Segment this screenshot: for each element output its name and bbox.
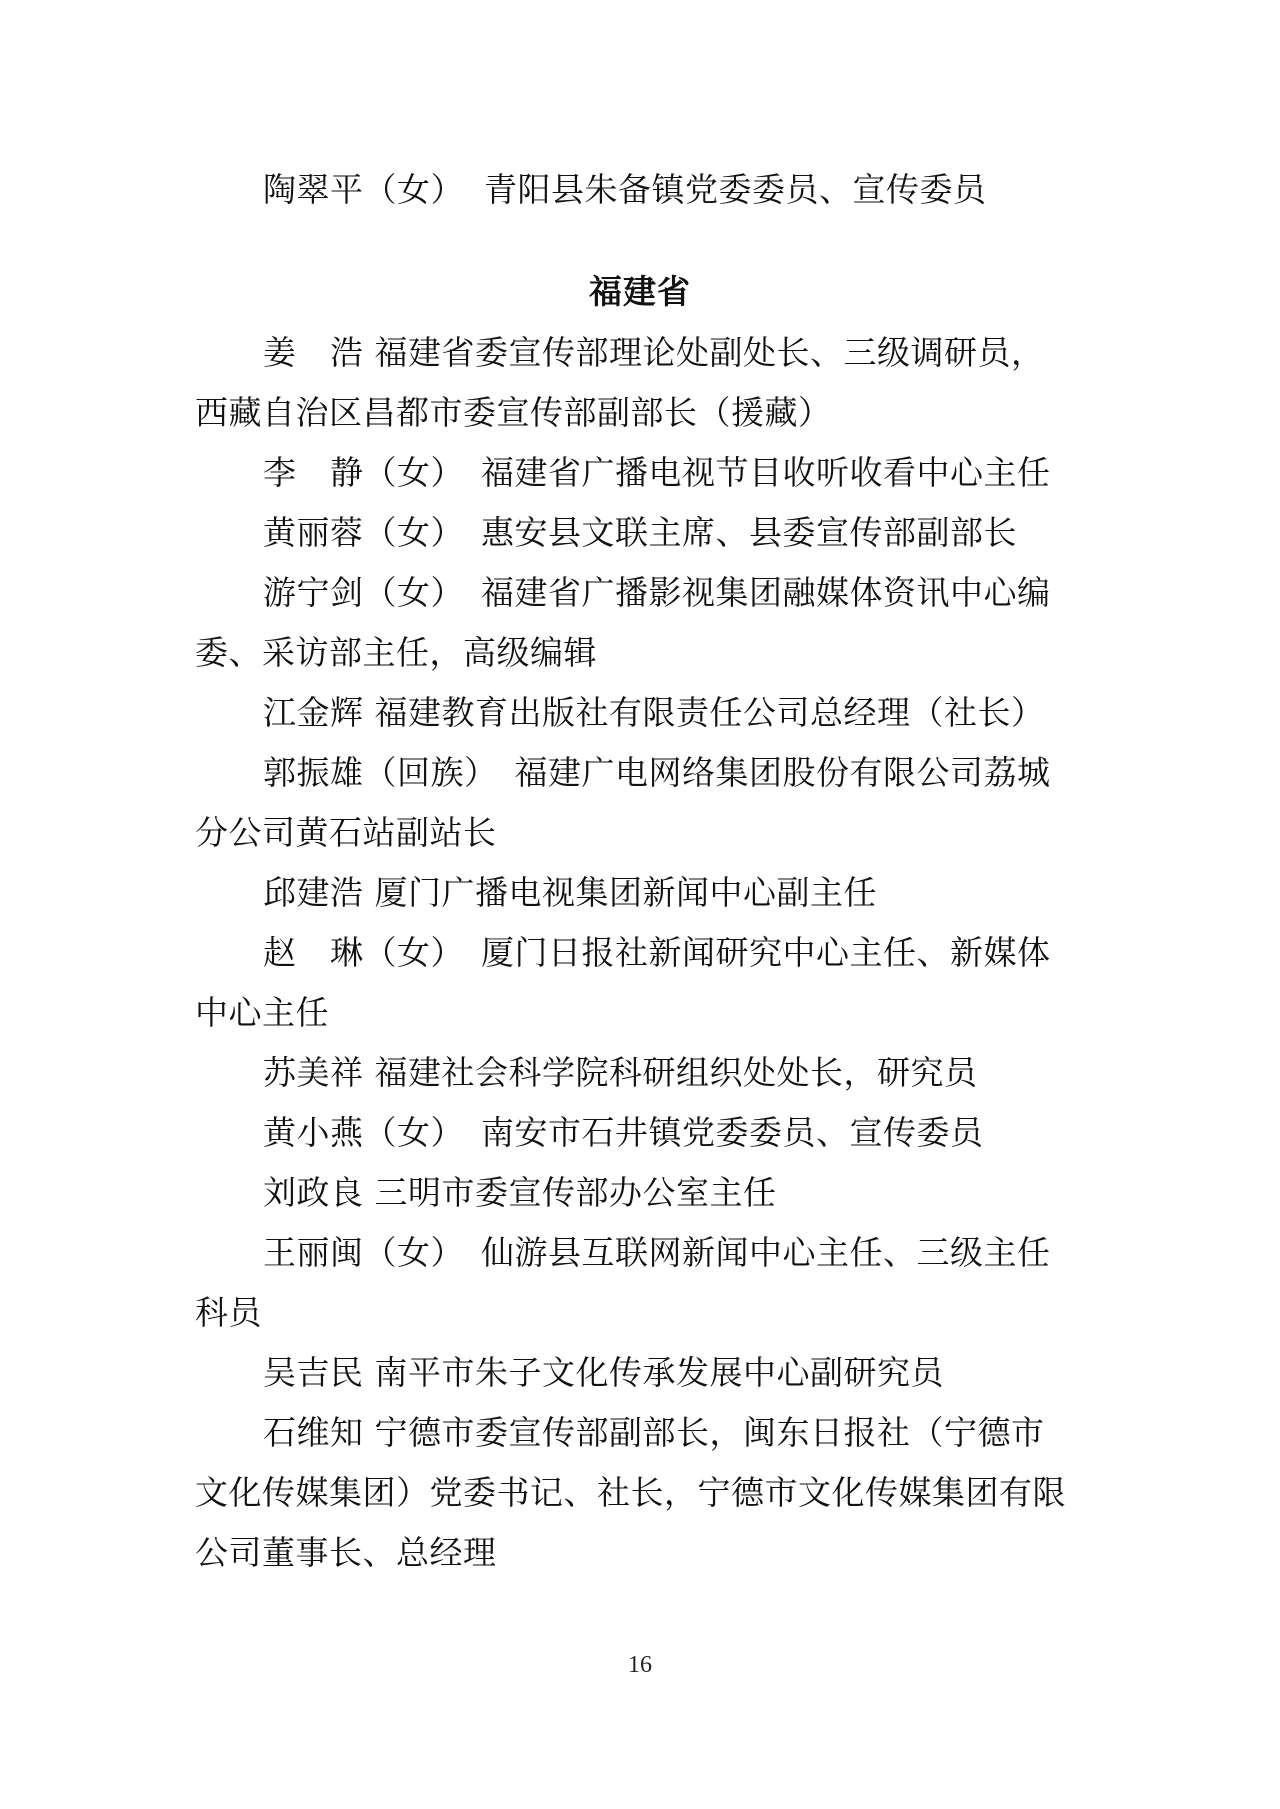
list-line: 黄小燕（女） 南安市石井镇党委委员、宣传委员 (195, 1103, 1095, 1163)
document-page: 陶翠平（女）青阳县朱备镇党委委员、宣传委员 福建省 姜 浩 福建省委宣传部理论处… (0, 0, 1280, 1809)
list-line-continuation: 委、采访部主任，高级编辑 (195, 623, 1095, 683)
list-line: 黄丽蓉（女） 惠安县文联主席、县委宣传部副部长 (195, 503, 1095, 563)
list-line-continuation: 科员 (195, 1283, 1095, 1343)
list-line: 赵 琳（女） 厦门日报社新闻研究中心主任、新媒体 (195, 923, 1095, 983)
list-line: 石维知 宁德市委宣传部副部长，闽东日报社（宁德市 (195, 1403, 1095, 1463)
person-name: 陶翠平（女） (263, 170, 464, 209)
list-line-continuation: 西藏自治区昌都市委宣传部副部长（援藏） (195, 383, 1095, 443)
list-item: 陶翠平（女）青阳县朱备镇党委委员、宣传委员 (195, 160, 1095, 220)
list-line: 刘政良 三明市委宣传部办公室主任 (195, 1163, 1095, 1223)
list-line-continuation: 公司董事长、总经理 (195, 1523, 1095, 1583)
list-line: 游宁剑（女） 福建省广播影视集团融媒体资讯中心编 (195, 563, 1095, 623)
list-line: 吴吉民 南平市朱子文化传承发展中心副研究员 (195, 1343, 1095, 1403)
list-line: 苏美祥 福建社会科学院科研组织处处长，研究员 (195, 1043, 1095, 1103)
list-line-continuation: 文化传媒集团）党委书记、社长，宁德市文化传媒集团有限 (195, 1463, 1095, 1523)
list-line: 王丽闽（女） 仙游县互联网新闻中心主任、三级主任 (195, 1223, 1095, 1283)
section-heading: 福建省 (0, 262, 1280, 322)
person-title: 青阳县朱备镇党委委员、宣传委员 (484, 170, 987, 209)
previous-section: 陶翠平（女）青阳县朱备镇党委委员、宣传委员 (195, 160, 1095, 220)
list-line: 江金辉 福建教育出版社有限责任公司总经理（社长） (195, 683, 1095, 743)
page-number: 16 (0, 1650, 1280, 1680)
list-line-continuation: 中心主任 (195, 983, 1095, 1043)
list-line-continuation: 分公司黄石站副站长 (195, 803, 1095, 863)
list-line: 姜 浩 福建省委宣传部理论处副处长、三级调研员， (195, 323, 1095, 383)
list-line: 郭振雄（回族） 福建广电网络集团股份有限公司荔城 (195, 743, 1095, 803)
list-line: 李 静（女） 福建省广播电视节目收听收看中心主任 (195, 443, 1095, 503)
list-line: 邱建浩 厦门广播电视集团新闻中心副主任 (195, 863, 1095, 923)
section-list: 姜 浩 福建省委宣传部理论处副处长、三级调研员， 西藏自治区昌都市委宣传部副部长… (195, 323, 1095, 1583)
